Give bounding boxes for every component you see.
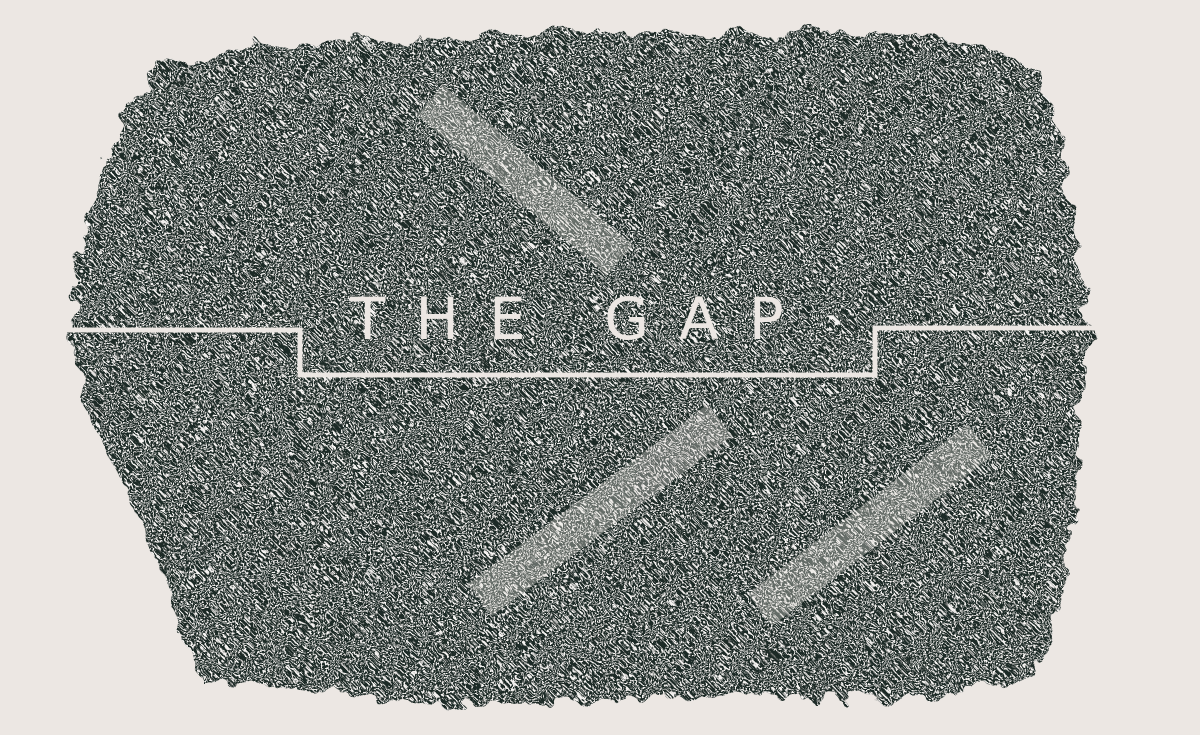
ink-mass	[70, 30, 1090, 705]
artwork-title: THE GAP	[350, 290, 814, 348]
ink-print	[0, 0, 1200, 735]
